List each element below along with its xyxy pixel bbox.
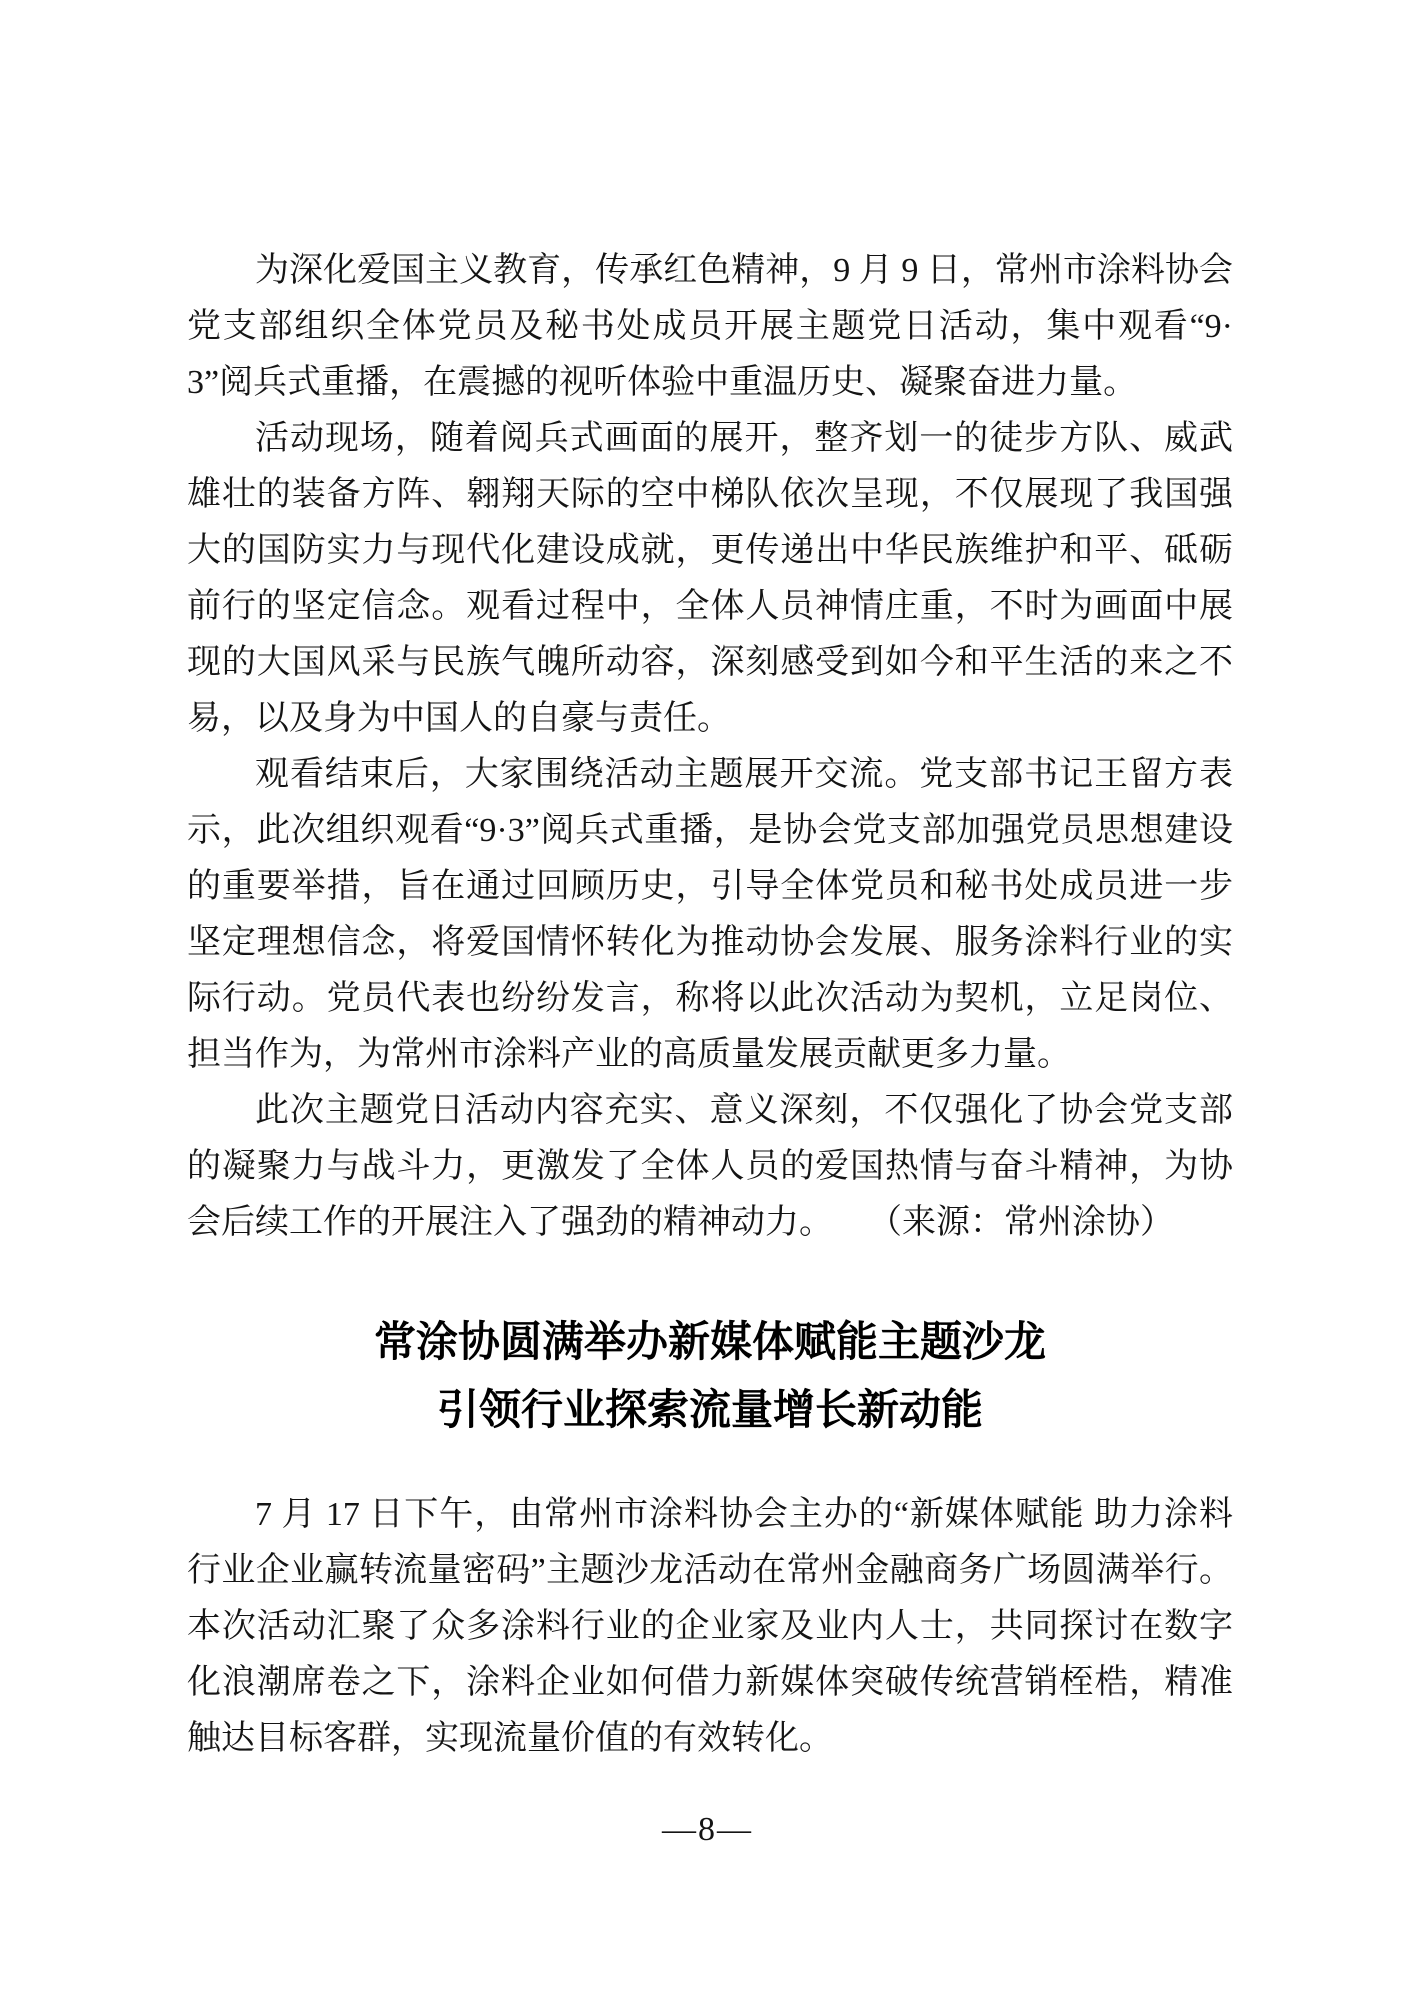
paragraph-4: 此次主题党日活动内容充实、意义深刻，不仅强化了协会党支部的凝聚力与战斗力，更激发…	[187, 1083, 1233, 1251]
document-page: 为深化爱国主义教育，传承红色精神，9 月 9 日，常州市涂料协会党支部组织全体党…	[0, 0, 1415, 2000]
source-attribution: （来源：常州涂协）	[833, 1204, 1174, 1241]
paragraph-5: 7 月 17 日下午，由常州市涂料协会主办的“新媒体赋能 助力涂料行业企业赢转流…	[187, 1487, 1233, 1767]
text-block: 为深化爱国主义教育，传承红色精神，9 月 9 日，常州市涂料协会党支部组织全体党…	[187, 243, 1233, 1767]
article-title-line-1: 常涂协圆满举办新媒体赋能主题沙龙	[187, 1309, 1233, 1377]
article-title-line-2: 引领行业探索流量增长新动能	[187, 1377, 1233, 1445]
page-number: —8—	[0, 1806, 1415, 1854]
article-title: 常涂协圆满举办新媒体赋能主题沙龙 引领行业探索流量增长新动能	[187, 1309, 1233, 1445]
paragraph-3: 观看结束后，大家围绕活动主题展开交流。党支部书记王留方表示，此次组织观看“9·3…	[187, 747, 1233, 1083]
paragraph-1: 为深化爱国主义教育，传承红色精神，9 月 9 日，常州市涂料协会党支部组织全体党…	[187, 243, 1233, 411]
paragraph-2: 活动现场，随着阅兵式画面的展开，整齐划一的徒步方队、威武雄壮的装备方阵、翱翔天际…	[187, 411, 1233, 747]
